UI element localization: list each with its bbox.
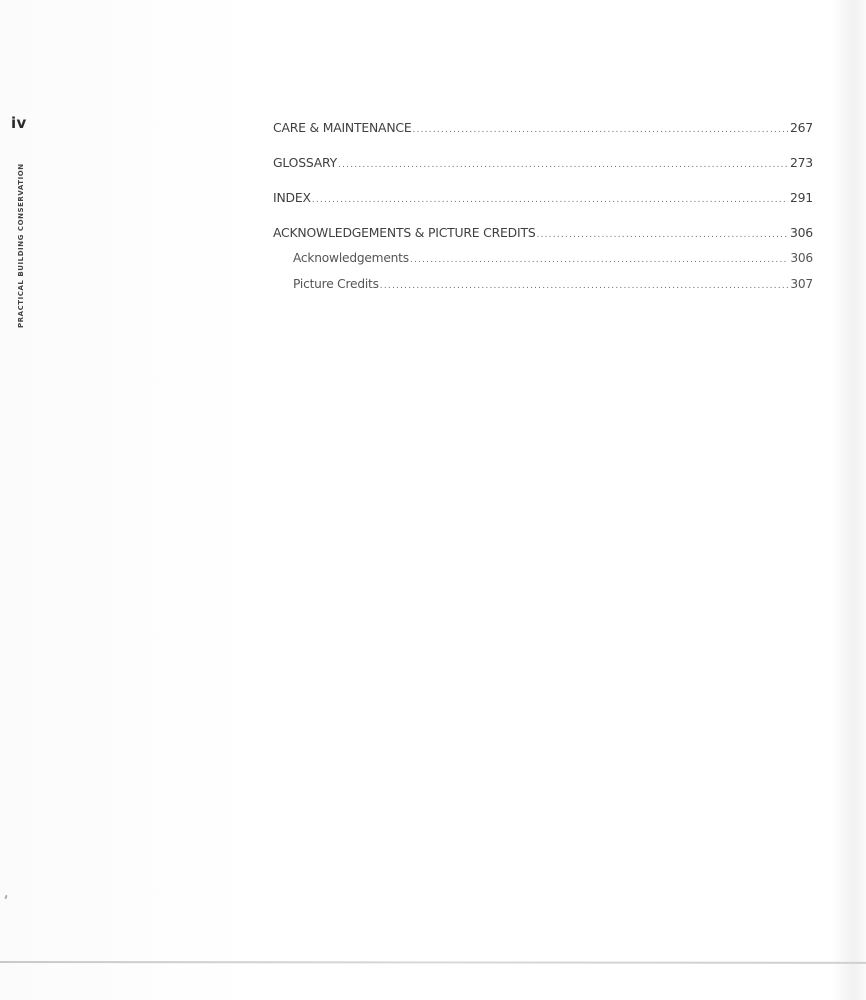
running-title-text: PRACTICAL BUILDING CONSERVATION (16, 163, 26, 328)
dot-leader (413, 125, 789, 135)
toc-subentry-picture-credits[interactable]: Picture Credits 307 (273, 277, 813, 295)
toc-entry-page: 273 (789, 155, 813, 170)
toc-entry-title: Picture Credits (293, 277, 379, 291)
book-page: iv PRACTICAL BUILDING CONSERVATION CARE … (0, 0, 866, 1000)
dot-leader (537, 230, 789, 240)
toc-entry-care-maintenance[interactable]: CARE & MAINTENANCE 267 (273, 120, 813, 138)
toc-entry-glossary[interactable]: GLOSSARY 273 (273, 155, 813, 173)
dot-leader (312, 195, 788, 205)
toc-entry-title: ACKNOWLEDGEMENTS & PICTURE CREDITS (273, 225, 536, 240)
dot-leader (380, 281, 788, 291)
toc-entry-index[interactable]: INDEX 291 (273, 190, 813, 208)
toc-entry-title: INDEX (273, 190, 311, 205)
toc-entry-title: CARE & MAINTENANCE (273, 120, 412, 135)
page-edge-line (0, 961, 866, 964)
toc-entry-page: 307 (789, 277, 813, 291)
page-number: iv (11, 114, 27, 132)
toc-subentry-acknowledgements[interactable]: Acknowledgements 306 (273, 251, 813, 269)
toc-entry-title: Acknowledgements (293, 251, 409, 265)
toc-entry-title: GLOSSARY (273, 155, 337, 170)
table-of-contents: CARE & MAINTENANCE 267 GLOSSARY 273 INDE… (273, 120, 813, 303)
toc-entry-page: 267 (789, 120, 813, 135)
toc-entry-acknowledgements-picture-credits[interactable]: ACKNOWLEDGEMENTS & PICTURE CREDITS 306 (273, 225, 813, 243)
dot-leader (338, 160, 788, 170)
toc-entry-page: 306 (789, 225, 813, 240)
dot-leader (410, 255, 788, 265)
toc-entry-page: 291 (789, 190, 813, 205)
toc-entry-page: 306 (789, 251, 813, 265)
running-title: PRACTICAL BUILDING CONSERVATION (16, 148, 30, 328)
paper-speck (4, 895, 7, 899)
